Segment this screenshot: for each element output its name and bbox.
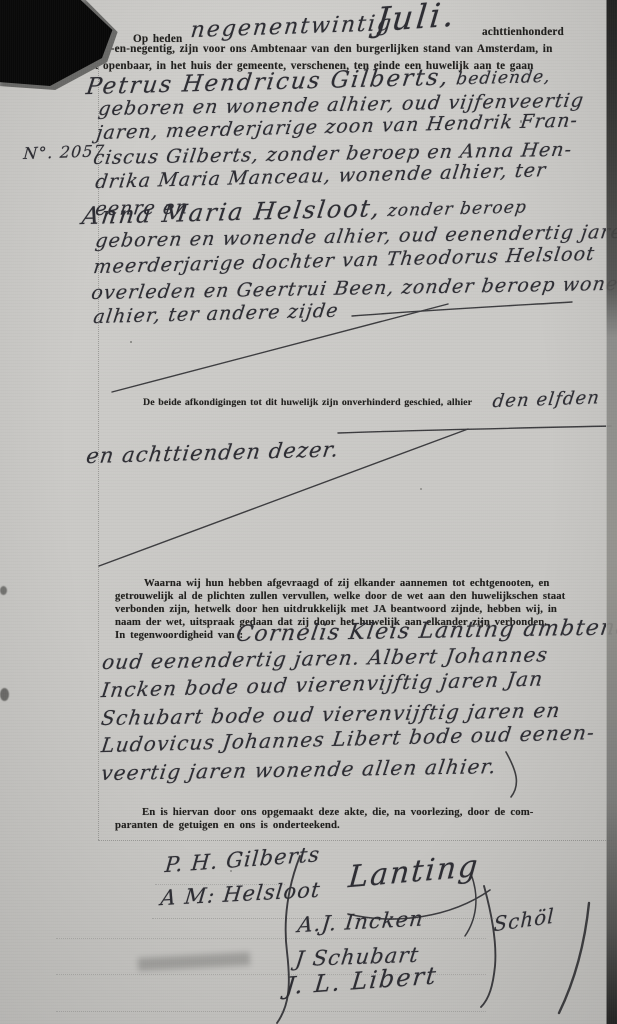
- signature-brace-right: [481, 886, 495, 1007]
- blank-space-stroke-horizontal-2: [338, 426, 611, 433]
- bride-detail-line: overleden en Geertrui Been, zonder beroe…: [90, 272, 617, 304]
- form-border-bottom: [98, 840, 612, 841]
- witness-signature-1: A.J. Incken: [296, 906, 425, 937]
- groom-signature: P. H. Gilberts: [164, 842, 321, 877]
- printed-vows-line: getrouwelijk al de plichten zullen vervu…: [115, 590, 565, 602]
- bride-detail-line: alhier, ter andere zijde: [92, 300, 340, 329]
- ink-speck: [0, 688, 9, 701]
- printed-vows-line: Waarna wij hun hebben afgevraagd of zij …: [144, 577, 549, 589]
- witness-line-flourish: [506, 752, 516, 797]
- ink-speck: [130, 341, 132, 343]
- printed-year: achttienhonderd: [482, 26, 564, 38]
- blank-space-stroke-horizontal-1: [352, 302, 572, 316]
- handwritten-banns-date-start: den elfden: [491, 387, 601, 412]
- ink-speck: [520, 120, 522, 123]
- official-signature: Lanting: [347, 849, 481, 896]
- scan-edge-right: [606, 0, 617, 1024]
- signature-rule-5: [56, 1011, 486, 1012]
- registrar-paraph: Schöl: [493, 903, 555, 936]
- printed-vows-line: In tegenwoordigheid van :: [115, 629, 243, 641]
- ink-speck: [230, 870, 232, 872]
- paraph-slash: [559, 903, 589, 1013]
- printed-closing-line: paranten de getuigen en ons is onderteek…: [115, 819, 340, 831]
- bride-signature: A M: Helsloot: [159, 878, 321, 911]
- marriage-record-scan: Op heden negenentwintig Juli. achttienho…: [0, 0, 617, 1024]
- ink-speck: [0, 586, 7, 595]
- ink-speck: [420, 488, 422, 490]
- printed-closing-line: En is hiervan door ons opgemaakt deze ak…: [142, 806, 534, 818]
- printed-vows-line: verbonden zijn, hetwelk door hen uitdruk…: [115, 603, 557, 615]
- handwritten-banns-date-end: en achttienden dezer.: [85, 437, 341, 468]
- handwritten-day: negenentwintig: [189, 11, 394, 43]
- handwritten-month: Juli.: [374, 0, 459, 39]
- pencil-smudge: [138, 952, 251, 971]
- groom-occupation: bediende,: [455, 67, 552, 90]
- bride-occupation: zonder beroep: [386, 197, 528, 221]
- printed-banns: De beide afkondigingen tot dit huwelijk …: [143, 397, 472, 408]
- signature-rule-3: [56, 938, 486, 939]
- printed-intro-line: zeven-en-negentig, zijn voor ons Ambtena…: [83, 43, 553, 55]
- witness-line: veertig jaren wonende allen alhier.: [100, 754, 499, 785]
